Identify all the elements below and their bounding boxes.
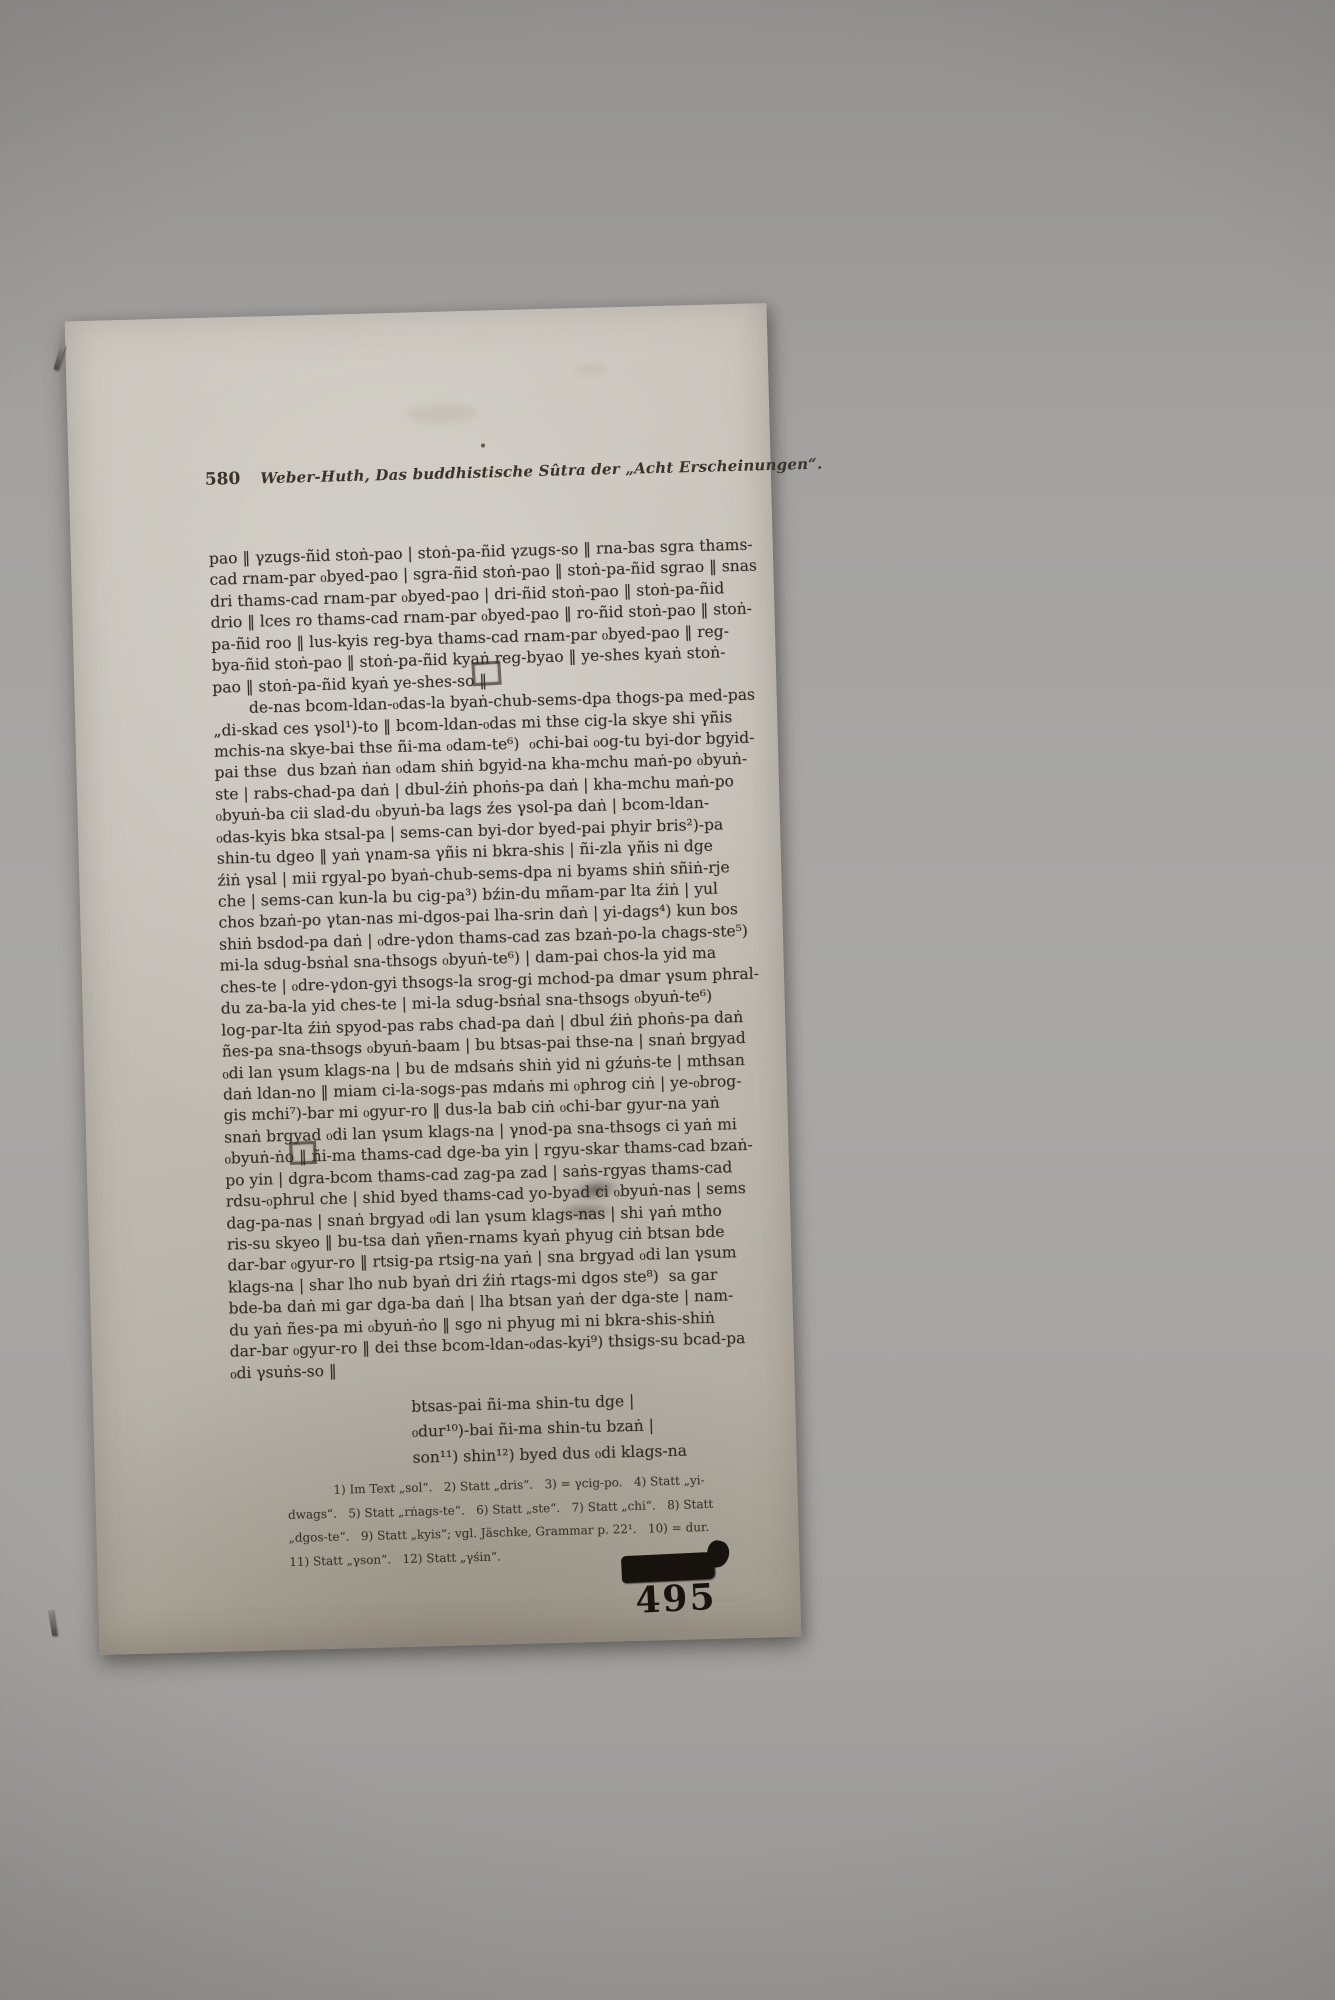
- paper-stain: [574, 363, 608, 377]
- staple-icon: [54, 344, 66, 370]
- staple-icon: [48, 1610, 57, 1636]
- photo-background: 580 Weber-Huth, Das buddhistische Sûtra …: [0, 0, 1335, 2000]
- pencil-box-annotation: [289, 1141, 317, 1165]
- page-number: 580: [205, 469, 241, 490]
- page-header: 580 Weber-Huth, Das buddhistische Sûtra …: [205, 454, 823, 490]
- stamp-number: 495: [634, 1576, 717, 1622]
- running-title: Weber-Huth, Das buddhistische Sûtra der …: [260, 455, 823, 488]
- paper-speck: [481, 443, 485, 447]
- body-text: pao ‖ γzugs-ñid stoṅ-pao | stoṅ-pa-ñid γ…: [209, 536, 721, 1385]
- paper-stain: [407, 403, 477, 425]
- pencil-box-annotation: [471, 661, 501, 687]
- paper-sheet: 580 Weber-Huth, Das buddhistische Sûtra …: [65, 303, 802, 1655]
- verse-block: btsas-pai ñi-ma shin-tu dge |₀dur¹⁰)-bai…: [411, 1388, 687, 1471]
